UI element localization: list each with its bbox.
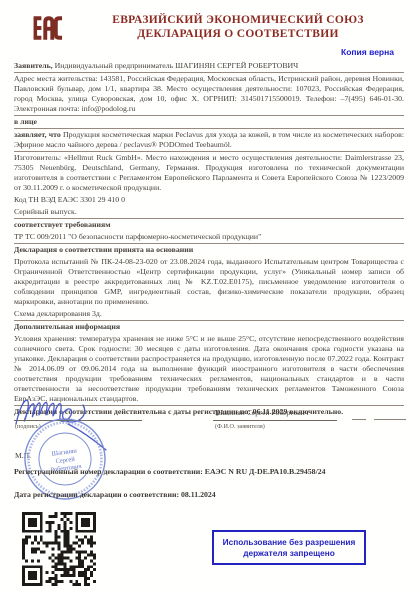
- qr-code: [22, 512, 96, 586]
- requirements-row: ТР ТС 009/2011 "О безопасности парфюмерн…: [14, 231, 404, 244]
- applicant-fio: Шагинян Сергей Робертович: [215, 408, 309, 417]
- scan-dash: [374, 419, 406, 420]
- manufacturer-row: Изготовитель: «Hellmut Ruck GmbH». Место…: [14, 152, 404, 194]
- page-title: ЕВРАЗИЙСКИЙ ЭКОНОМИЧЕСКИЙ СОЮЗ ДЕКЛАРАЦИ…: [78, 13, 398, 41]
- scan-dash: [352, 419, 366, 420]
- fio-line: [213, 420, 337, 421]
- registration-number: Регистрационный номер декларации о соотв…: [14, 467, 326, 476]
- declares-label: заявляет, что: [14, 130, 61, 139]
- title-line2: ДЕКЛАРАЦИЯ О СООТВЕТСТВИИ: [78, 27, 398, 41]
- document-body: Заявитель, Индивидуальный предпринимател…: [14, 60, 404, 418]
- scheme-row: Схема декларирования 3д.: [14, 308, 404, 321]
- registration-date: Дата регистрации декларации о соответств…: [14, 490, 216, 499]
- applicant-value: Индивидуальный предприниматель ШАГИНЯН С…: [55, 61, 299, 70]
- restriction-text: Использование без разрешения держателя з…: [220, 537, 358, 558]
- in-person-row: в лице: [14, 116, 404, 129]
- copy-verified-note: Копия верна: [341, 47, 394, 57]
- title-line1: ЕВРАЗИЙСКИЙ ЭКОНОМИЧЕСКИЙ СОЮЗ: [78, 13, 398, 27]
- applicant-address: Адрес места жительства: 143581, Российск…: [14, 73, 404, 116]
- serial-row: Серийный выпуск.: [14, 206, 404, 219]
- additional-text: Условия хранения: температура хранения н…: [14, 333, 404, 406]
- declaration-document: ЕВРАЗИЙСКИЙ ЭКОНОМИЧЕСКИЙ СОЮЗ ДЕКЛАРАЦИ…: [0, 0, 420, 594]
- complies-label: соответствует требованиям: [14, 219, 404, 231]
- basis-text: Протокола испытаний № ПК-24-08-23-020 от…: [14, 256, 404, 308]
- applicant-label: Заявитель,: [14, 61, 53, 70]
- restriction-stamp: Использование без разрешения держателя з…: [212, 530, 366, 565]
- tnved-code-row: Код ТН ВЭД ЕАЭС 3301 29 410 0: [14, 194, 404, 206]
- fio-caption: (Ф.И.О. заявителя): [215, 423, 265, 430]
- additional-label: Дополнительная информация: [14, 321, 404, 333]
- eac-logo: [32, 11, 64, 45]
- basis-label: Декларация о соответствии принята на осн…: [14, 244, 404, 256]
- applicant-row: Заявитель, Индивидуальный предпринимател…: [14, 60, 404, 73]
- declares-row: заявляет, что Продукция косметическая ма…: [14, 129, 404, 152]
- product-description: Продукция косметическая марки Peclavus д…: [14, 130, 404, 149]
